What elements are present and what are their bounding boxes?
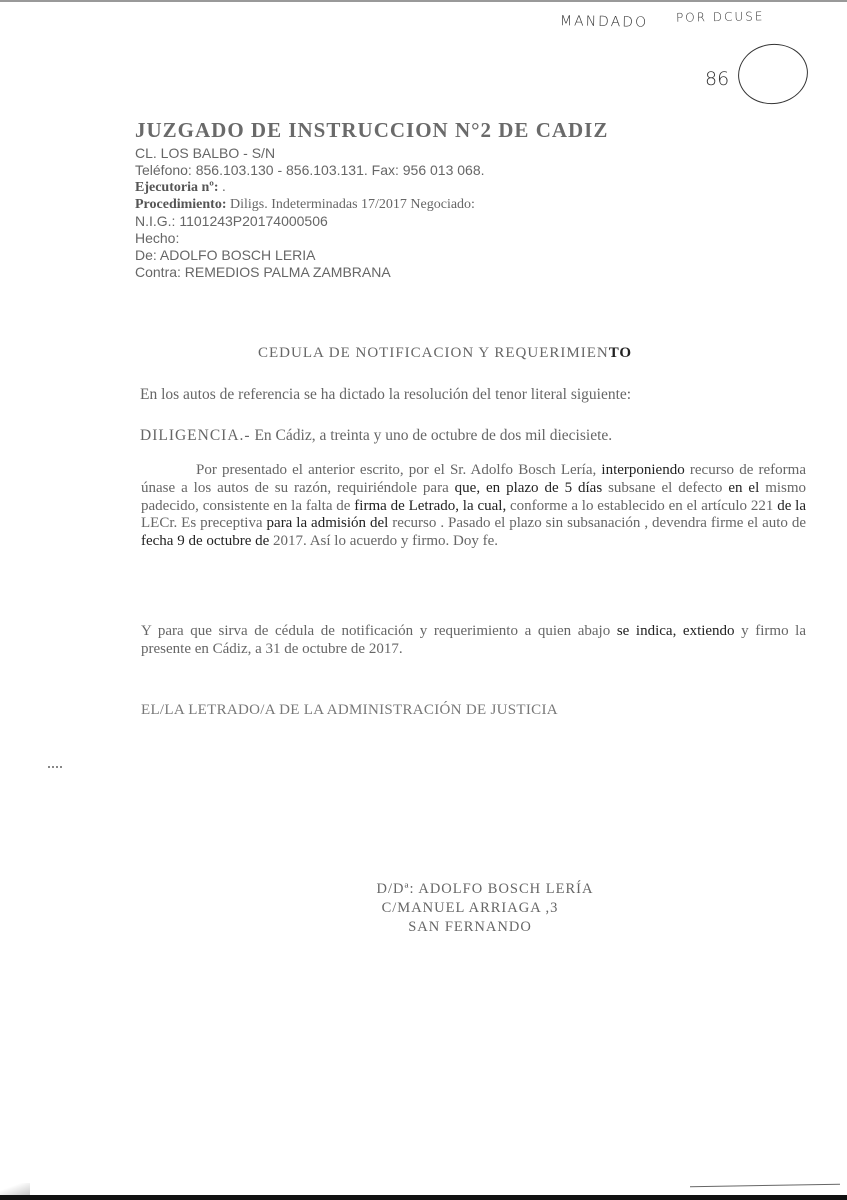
recipient-city: SAN FERNANDO: [320, 918, 620, 937]
diligencia-paragraph: DILIGENCIA.- En Cádiz, a treinta y uno d…: [140, 427, 612, 445]
title-text: CEDULA DE NOTIFICACION Y REQUERIMIEN: [258, 345, 609, 361]
procedimiento-label: Procedimiento:: [135, 197, 227, 212]
recipient-block: D/Dª: ADOLFO BOSCH LERÍA C/MANUEL ARRIAG…: [320, 880, 620, 937]
scan-bottom-edge: [0, 1195, 847, 1200]
handwritten-note: POR DCUSE: [676, 9, 765, 25]
diligencia-label: DILIGENCIA.-: [140, 427, 251, 444]
court-address: CL. LOS BALBO - S/N: [135, 145, 608, 162]
ejecutoria-value: .: [219, 180, 226, 195]
resolution-body: Por presentado el anterior escrito, por …: [141, 462, 806, 551]
intro-paragraph: En los autos de referencia se ha dictado…: [140, 386, 631, 404]
de-field: De: ADOLFO BOSCH LERIA: [135, 247, 608, 264]
body-text: interponiendo: [601, 462, 684, 478]
scan-top-edge: [0, 0, 847, 2]
procedimiento-field: Procedimiento: Diligs. Indeterminadas 17…: [135, 196, 608, 213]
body-text: en el: [728, 480, 759, 496]
body-text: que, en plazo de 5 días: [455, 480, 603, 496]
closing-paragraph: Y para que sirva de cédula de notificaci…: [141, 622, 806, 658]
ejecutoria-label: Ejecutoria nº:: [135, 180, 219, 195]
closing-text: se indica, extiendo: [617, 623, 735, 639]
contra-field: Contra: REMEDIOS PALMA ZAMBRANA: [135, 264, 608, 281]
scan-mark: [48, 766, 62, 770]
scan-mark: [690, 1184, 840, 1188]
body-text: para la admisión del: [267, 515, 389, 531]
nig-field: N.I.G.: 1101243P20174000506: [135, 213, 608, 230]
court-header: JUZGADO DE INSTRUCCION N°2 DE CADIZ CL. …: [135, 118, 608, 281]
diligencia-text: En Cádiz, a treinta y uno de octubre de …: [251, 427, 613, 444]
ejecutoria-field: Ejecutoria nº: .: [135, 179, 608, 196]
body-text: conforme a lo establecido en el artículo…: [506, 498, 777, 514]
handwritten-note: MANDADO: [560, 13, 648, 31]
body-text: Por presentado el anterior escrito, por …: [196, 462, 601, 478]
body-text: subsane el defecto: [602, 480, 728, 496]
procedimiento-value: Diligs. Indeterminadas 17/2017 Negociado…: [227, 197, 475, 212]
body-text: 2017. Así lo acuerdo y firmo. Doy fe.: [269, 533, 498, 549]
body-text: de la: [777, 498, 806, 514]
body-text: fecha 9 de octubre de: [141, 533, 269, 549]
closing-text: Y para que sirva de cédula de notificaci…: [141, 623, 617, 639]
body-text: LECr. Es preceptiva: [141, 515, 267, 531]
hecho-field: Hecho:: [135, 230, 608, 247]
court-phone: Teléfono: 856.103.130 - 856.103.131. Fax…: [135, 162, 608, 179]
body-text: firma de Letrado, la cual,: [354, 498, 506, 514]
body-text: recurso . Pasado el plazo sin subsanació…: [388, 515, 806, 531]
recipient-street: C/MANUEL ARRIAGA ,3: [320, 899, 620, 918]
handwritten-page-number: 86: [705, 68, 729, 90]
title-text-end: TO: [609, 345, 632, 361]
signer-title: EL/LA LETRADO/A DE LA ADMINISTRACIÓN DE …: [141, 702, 558, 719]
document-title: CEDULA DE NOTIFICACION Y REQUERIMIENTO: [258, 345, 632, 362]
recipient-name: D/Dª: ADOLFO BOSCH LERÍA: [350, 880, 620, 899]
court-name: JUZGADO DE INSTRUCCION N°2 DE CADIZ: [135, 118, 608, 143]
handwritten-circle-icon: [734, 39, 812, 108]
